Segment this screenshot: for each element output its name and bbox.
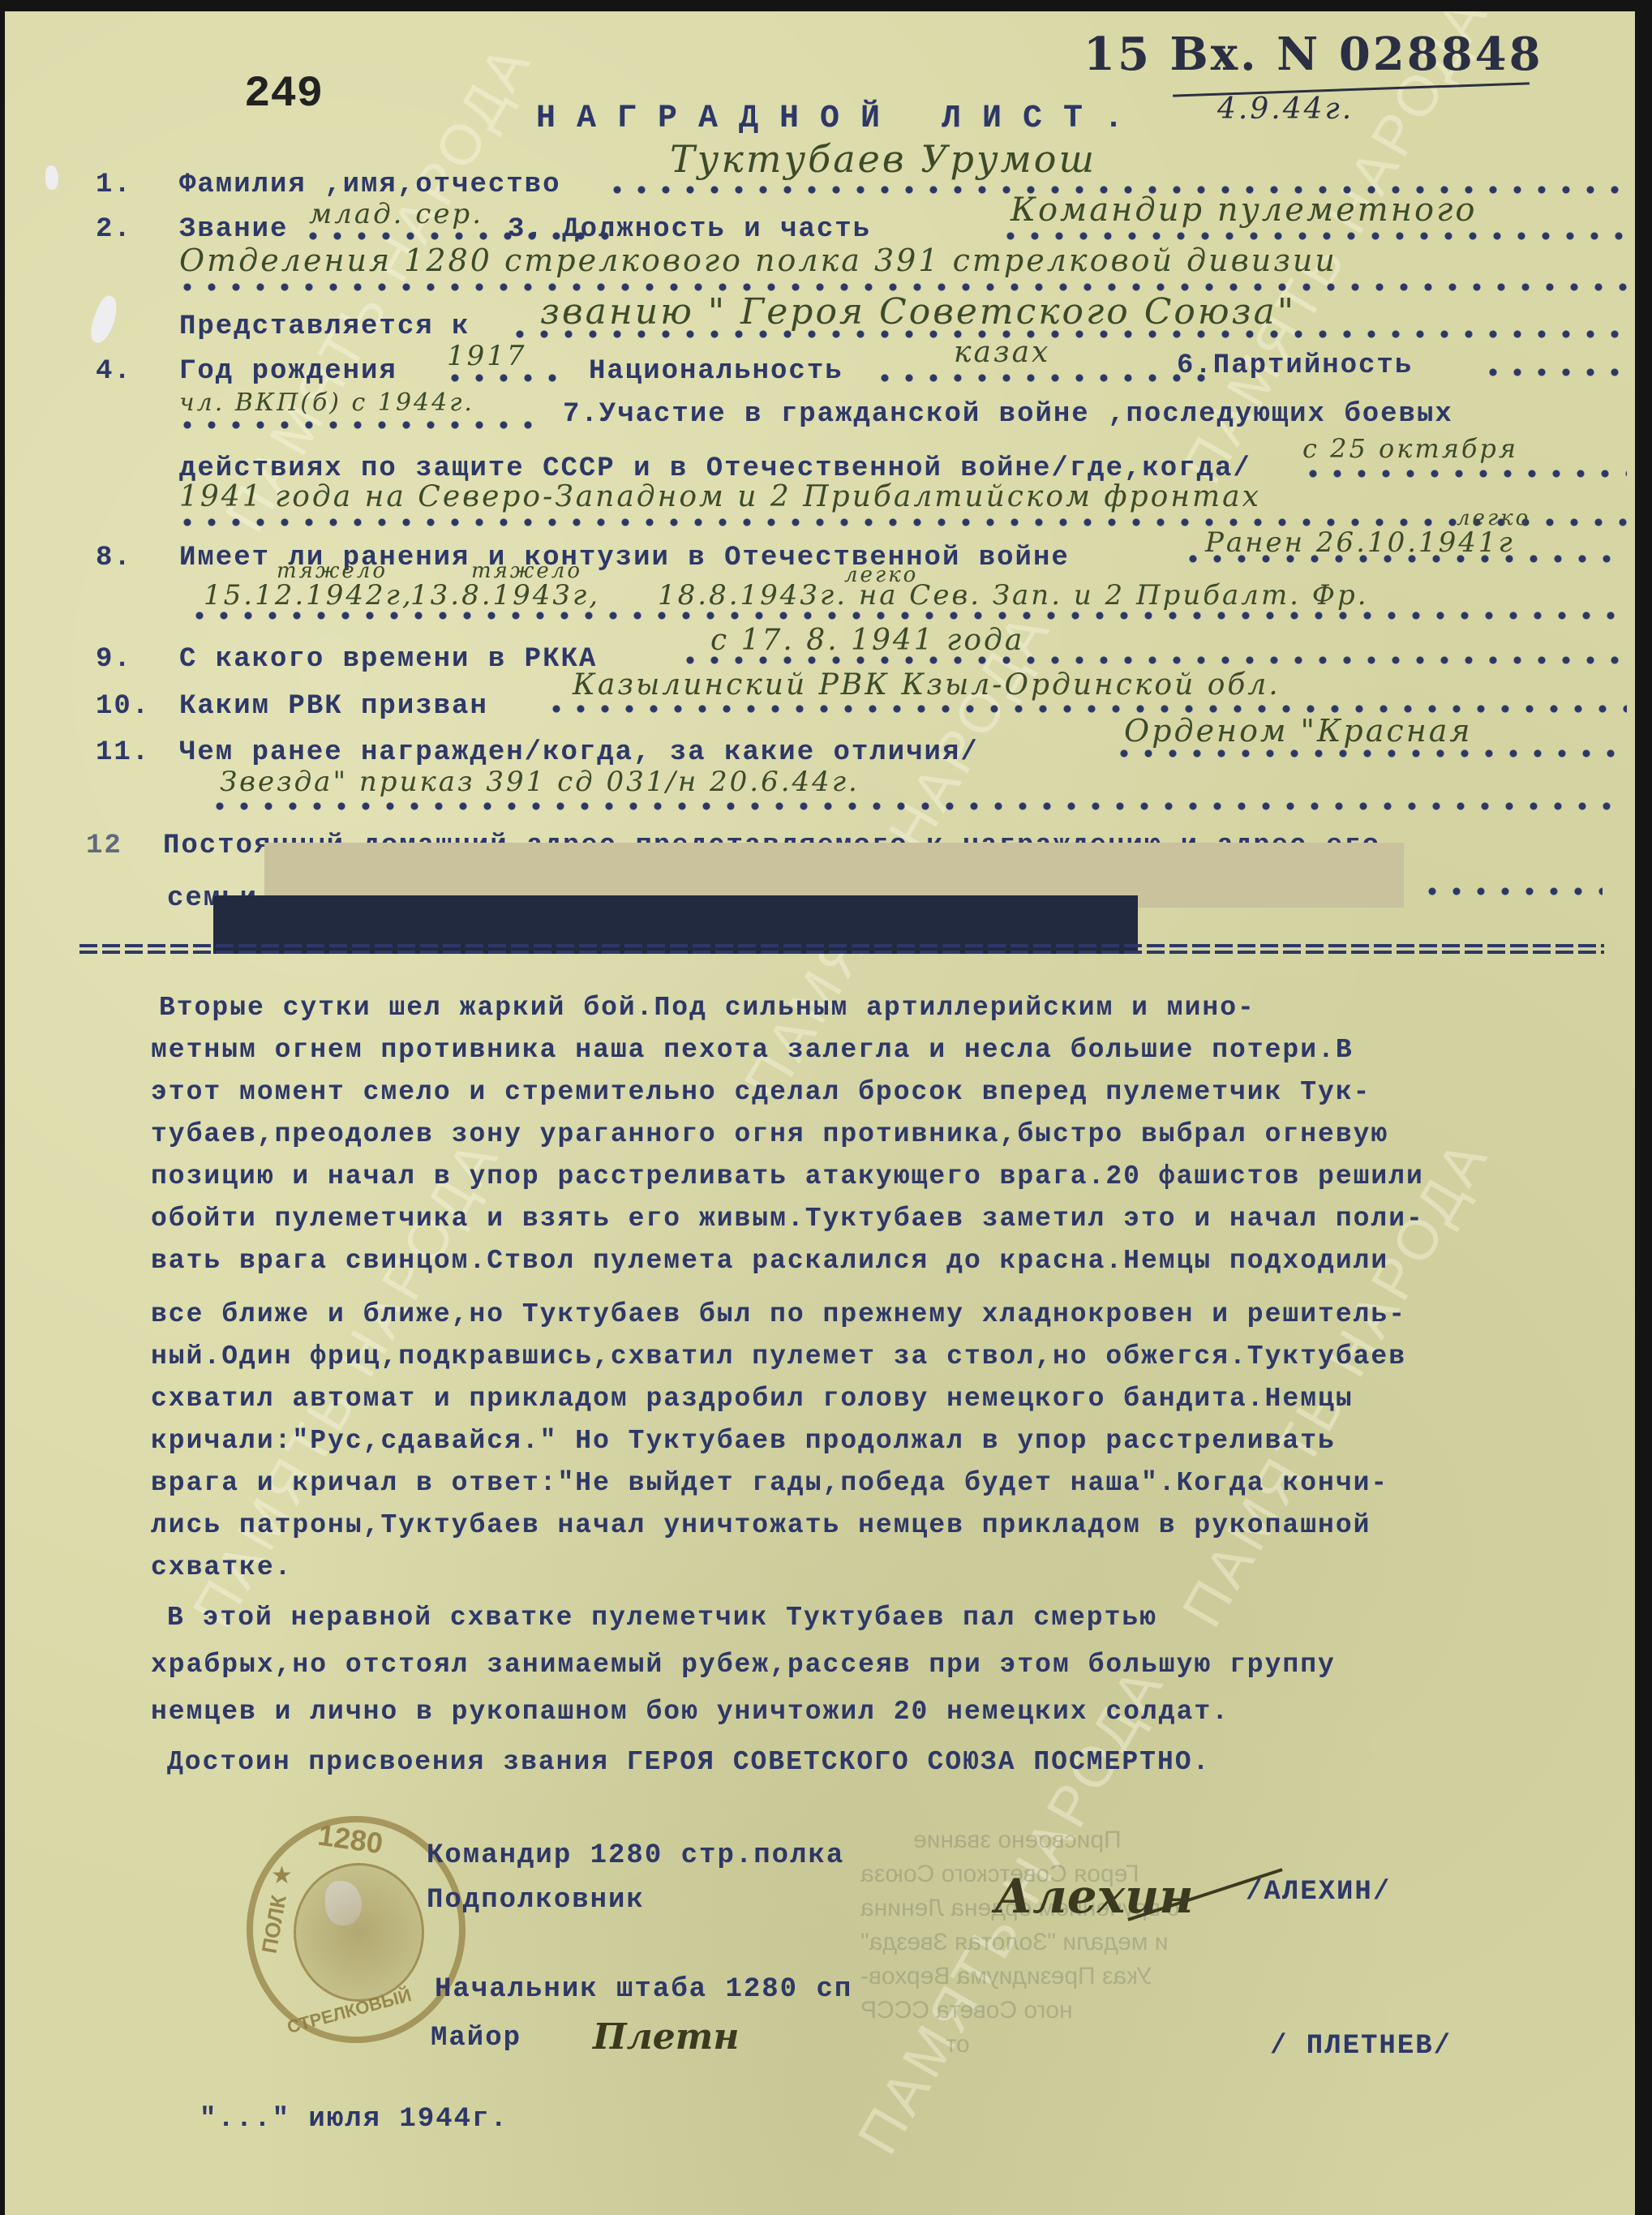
wound-1: Ранен 26.10.1941г (1205, 526, 1515, 559)
dotted-line (187, 612, 1627, 620)
narrative-conclusion: Достоин присвоения звания ГЕРОЯ СОВЕТСКО… (167, 1747, 1210, 1777)
field-value-previous-awards-1: Орденом "Красная (1124, 713, 1473, 749)
dotted-line (443, 374, 564, 382)
field-value-birth-year: 1917 (447, 340, 527, 372)
narrative-line: немцев и лично в рукопашном бою уничтожи… (151, 1697, 1229, 1727)
dotted-line (873, 374, 1213, 382)
ghost-line: ного Совета СССР (860, 1997, 1073, 2024)
field-number: 11. (96, 737, 150, 768)
field-value-rkka-since: с 17. 8. 1941 года (710, 624, 1024, 657)
field-value-war-fronts: 1941 года на Северо-Западном и 2 Прибалт… (179, 480, 1261, 513)
wound-1-note: легко (1457, 506, 1530, 530)
incoming-date: 4.9.44г. (1217, 92, 1354, 126)
field-label-birth-year: Год рождения (179, 356, 397, 387)
field-value-nationality: казах (954, 336, 1050, 369)
dotted-line (1481, 368, 1627, 376)
commander-signature: Алехин (994, 1869, 1194, 1924)
field-value-nominated-for: званию " Героя Советского Союза" (540, 291, 1296, 333)
incoming-reg-number: 15 Вх. N 028848 (1083, 28, 1543, 81)
narrative-line: кричали:"Рус,сдавайся." Но Туктубаев про… (151, 1426, 1336, 1456)
dotted-line (1301, 470, 1627, 478)
field-label-rkka-since: С какого времени в РККА (179, 644, 597, 675)
field-value-position: Командир пулеметного (1011, 191, 1477, 229)
chief-of-staff-name: / ПЛЕТНЕВ/ (1270, 2031, 1452, 2062)
commander-name: /АЛЕХИН/ (1246, 1877, 1391, 1908)
narrative-line: все ближе и ближе,но Туктубаев был по пр… (151, 1299, 1406, 1329)
narrative-line: храбрых,но отстоял занимаемый рубеж,расс… (151, 1650, 1336, 1680)
narrative-line: тубаев,преодолев зону ураганного огня пр… (151, 1119, 1388, 1149)
narrative-line: обойти пулеметчика и взять его живым.Тук… (151, 1204, 1424, 1234)
field-value-rank: млад. сер. (309, 198, 483, 230)
wound-4-note: легко (844, 563, 918, 587)
commander-rank: Подполковник (427, 1885, 645, 1916)
dotted-line (1112, 749, 1627, 758)
chief-of-staff-title: Начальник штаба 1280 сп (435, 1974, 852, 2005)
field-label-previous-awards: Чем ранее награжден/когда, за какие отли… (179, 737, 979, 768)
wound-3: 13.8.1943г, (410, 579, 600, 612)
wound-3-note: тяжело (471, 559, 582, 583)
field-value-unit: Отделения 1280 стрелкового полка 391 стр… (179, 243, 1337, 278)
seal-text-left: ПОЛК (257, 1893, 292, 1955)
document-title: НАГРАДНОЙ ЛИСТ. (536, 101, 1144, 137)
dotted-line (175, 421, 548, 429)
sheet-number: 249 (244, 70, 323, 119)
narrative-line: В этой неравной схватке пулеметчик Тукту… (167, 1603, 1157, 1633)
wound-4: 18.8.1943г. на Сев. Зап. и 2 Прибалт. Фр… (658, 579, 1369, 612)
narrative-line: схватил автомат и прикладом раздробил го… (151, 1384, 1354, 1414)
chief-of-staff-signature: Плетн (593, 2016, 739, 2058)
field-value-previous-awards-2: Звезда" приказ 391 сд 031/н 20.6.44г. (220, 766, 860, 798)
dotted-line (175, 283, 1627, 291)
field-label-war-participation: 7.Участие в гражданской войне ,последующ… (563, 399, 1453, 430)
field-value-name: Туктубаев Урумош (670, 137, 1096, 181)
double-dashed-separator (79, 944, 1604, 955)
field-number: 9. (96, 644, 132, 675)
field-label-nominated-for: Представляется к (179, 311, 470, 342)
seal-emblem (294, 1863, 424, 2002)
field-label-rank: Звание (179, 214, 288, 245)
narrative-line: Вторые сутки шел жаркий бой.Под сильным … (159, 993, 1255, 1023)
commander-title: Командир 1280 стр.полка (427, 1840, 844, 1871)
star-icon: ★ (271, 1861, 293, 1890)
document-date: "..." июля 1944г. (200, 2104, 508, 2135)
field-value-rvk: Казылинский РВК Кзыл-Ординской обл. (573, 668, 1281, 702)
narrative-line: лись патроны,Туктубаев начал уничтожать … (151, 1510, 1371, 1540)
narrative-line: ный.Один фриц,подкравшись,схватил пулеме… (151, 1341, 1406, 1371)
field-number: 1. (96, 170, 132, 200)
field-value-war-start: с 25 октября (1302, 433, 1518, 464)
narrative-line: этот момент смело и стремительно сделал … (151, 1077, 1371, 1107)
narrative-line: вать врага свинцом.Ствол пулемета раскал… (151, 1246, 1388, 1276)
field-label-position: 3. Должность и часть (508, 214, 871, 245)
ghost-line: Указ Президиума Верхов- (860, 1963, 1152, 1990)
field-number: 2. (96, 214, 132, 245)
field-label-rvk: Каким РВК призван (179, 691, 488, 722)
wound-2: 15.12.1942г, (204, 579, 414, 612)
wound-2-note: тяжело (277, 559, 388, 583)
award-sheet-page: ПАМЯТЬ НАРОДА ПАМЯТЬ НАРОДА ПАМЯТЬ НАРОД… (5, 11, 1635, 2215)
field-label-party: 6.Партийность (1177, 350, 1413, 381)
field-number: 10. (96, 691, 150, 722)
narrative-line: метным огнем противника наша пехота зале… (151, 1035, 1354, 1065)
narrative-line: врага и кричал в ответ:"Не выйдет гады,п… (151, 1468, 1388, 1498)
seal-text-top: 1280 (315, 1818, 384, 1861)
dotted-line (1420, 887, 1603, 895)
dotted-line (175, 518, 1627, 526)
field-number: 8. (96, 543, 132, 573)
dotted-line (208, 802, 1627, 810)
ghost-line: и медали "Золотая Звезда" (860, 1929, 1169, 1956)
field-number: 4. (96, 356, 132, 387)
ghost-line: Присвоено звание (913, 1827, 1122, 1854)
ghost-line: от (946, 2031, 970, 2058)
field-number: 12 (86, 831, 122, 861)
dotted-line (678, 656, 1627, 664)
narrative-line: позицию и начал в упор расстреливать ата… (151, 1161, 1424, 1191)
narrative-line: схватке. (151, 1552, 292, 1582)
paper-tear (86, 294, 122, 346)
field-label-nationality: Национальность (589, 356, 843, 387)
dotted-line (998, 232, 1627, 240)
dotted-line (544, 705, 1627, 713)
chief-of-staff-rank: Майор (431, 2023, 521, 2054)
paper-tear (45, 165, 58, 190)
field-value-party: чл. ВКП(б) с 1944г. (179, 388, 474, 417)
field-label-name: Фамилия ,имя,отчество (179, 170, 560, 200)
